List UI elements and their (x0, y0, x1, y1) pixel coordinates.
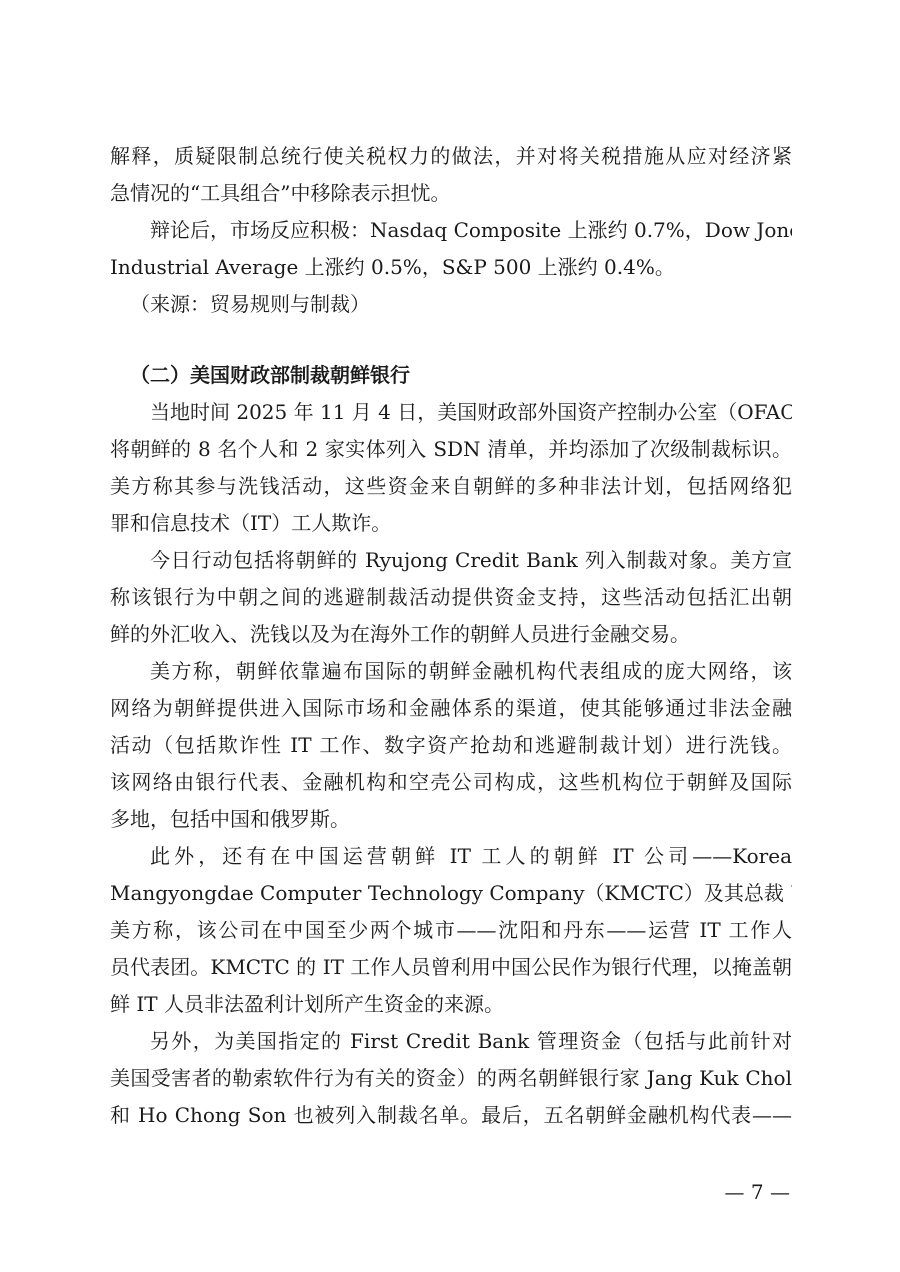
paragraph-ryujong-bank: 今日行动包括将朝鲜的 Ryujong Credit Bank 列入制裁对象。美方… (110, 542, 792, 653)
text-line: 网络为朝鲜提供进入国际市场和金融体系的渠道，使其能够通过非法金融 (110, 690, 792, 727)
text-line: 称该银行为中朝之间的逃避制裁活动提供资金支持，这些活动包括汇出朝 (110, 579, 792, 616)
text-line: Industrial Average 上涨约 0.5%，S&P 500 上涨约 … (110, 249, 792, 286)
paragraph-network: 美方称，朝鲜依靠遍布国际的朝鲜金融机构代表组成的庞大网络，该 网络为朝鲜提供进入… (110, 653, 792, 838)
document-page: 解释，质疑限制总统行使关税权力的做法，并对将关税措施从应对经济紧 急情况的“工具… (110, 138, 792, 1134)
paragraph-source: （来源：贸易规则与制裁） (110, 286, 792, 323)
text-line: 员代表团。KMCTC 的 IT 工作人员曾利用中国公民作为银行代理，以掩盖朝 (110, 949, 792, 986)
paragraph-bankers: 另外，为美国指定的 First Credit Bank 管理资金（包括与此前针对… (110, 1023, 792, 1134)
paragraph-kmctc: 此外，还有在中国运营朝鲜 IT 工人的朝鲜 IT 公司——Korea Mangy… (110, 838, 792, 1023)
text-line: 当地时间 2025 年 11 月 4 日，美国财政部外国资产控制办公室（OFAC… (110, 394, 792, 431)
text-line: 活动（包括欺诈性 IT 工作、数字资产抢劫和逃避制裁计划）进行洗钱。 (110, 727, 792, 764)
section-sanctions: （二）美国财政部制裁朝鲜银行 当地时间 2025 年 11 月 4 日，美国财政… (110, 357, 792, 1134)
text-line: 将朝鲜的 8 名个人和 2 家实体列入 SDN 清单，并均添加了次级制裁标识。 (110, 431, 792, 468)
section-heading: （二）美国财政部制裁朝鲜银行 (110, 357, 792, 394)
paragraph-market-reaction: 辩论后，市场反应积极：Nasdaq Composite 上涨约 0.7%，Dow… (110, 212, 792, 286)
text-line: Mangyongdae Computer Technology Company（… (110, 875, 792, 912)
text-line: 美方称，朝鲜依靠遍布国际的朝鲜金融机构代表组成的庞大网络，该 (110, 653, 792, 690)
text-line: 鲜 IT 人员非法盈利计划所产生资金的来源。 (110, 986, 792, 1023)
section-gap (110, 323, 792, 357)
text-line: 鲜的外汇收入、洗钱以及为在海外工作的朝鲜人员进行金融交易。 (110, 616, 792, 653)
source-note: （来源：贸易规则与制裁） (110, 286, 792, 323)
text-line: 多地，包括中国和俄罗斯。 (110, 801, 792, 838)
text-line: 此外，还有在中国运营朝鲜 IT 工人的朝鲜 IT 公司——Korea (110, 838, 792, 875)
text-line: 美方称，该公司在中国至少两个城市——沈阳和丹东——运营 IT 工作人 (110, 912, 792, 949)
text-line: 解释，质疑限制总统行使关税权力的做法，并对将关税措施从应对经济紧 (110, 138, 792, 175)
text-line: 和 Ho Chong Son 也被列入制裁名单。最后，五名朝鲜金融机构代表—— (110, 1097, 792, 1134)
text-line: 美方称其参与洗钱活动，这些资金来自朝鲜的多种非法计划，包括网络犯 (110, 468, 792, 505)
text-line: 该网络由银行代表、金融机构和空壳公司构成，这些机构位于朝鲜及国际 (110, 764, 792, 801)
paragraph-ofac-designation: 当地时间 2025 年 11 月 4 日，美国财政部外国资产控制办公室（OFAC… (110, 394, 792, 542)
text-line: 辩论后，市场反应积极：Nasdaq Composite 上涨约 0.7%，Dow… (110, 212, 792, 249)
text-line: 另外，为美国指定的 First Credit Bank 管理资金（包括与此前针对 (110, 1023, 792, 1060)
text-line: 今日行动包括将朝鲜的 Ryujong Credit Bank 列入制裁对象。美方… (110, 542, 792, 579)
text-line: 急情况的“工具组合”中移除表示担忧。 (110, 175, 792, 212)
paragraph-tariff-concerns: 解释，质疑限制总统行使关税权力的做法，并对将关税措施从应对经济紧 急情况的“工具… (110, 138, 792, 212)
text-line: 罪和信息技术（IT）工人欺诈。 (110, 505, 792, 542)
text-line: 美国受害者的勒索软件行为有关的资金）的两名朝鲜银行家 Jang Kuk Chol (110, 1060, 792, 1097)
page-number: — 7 — (725, 1180, 790, 1204)
